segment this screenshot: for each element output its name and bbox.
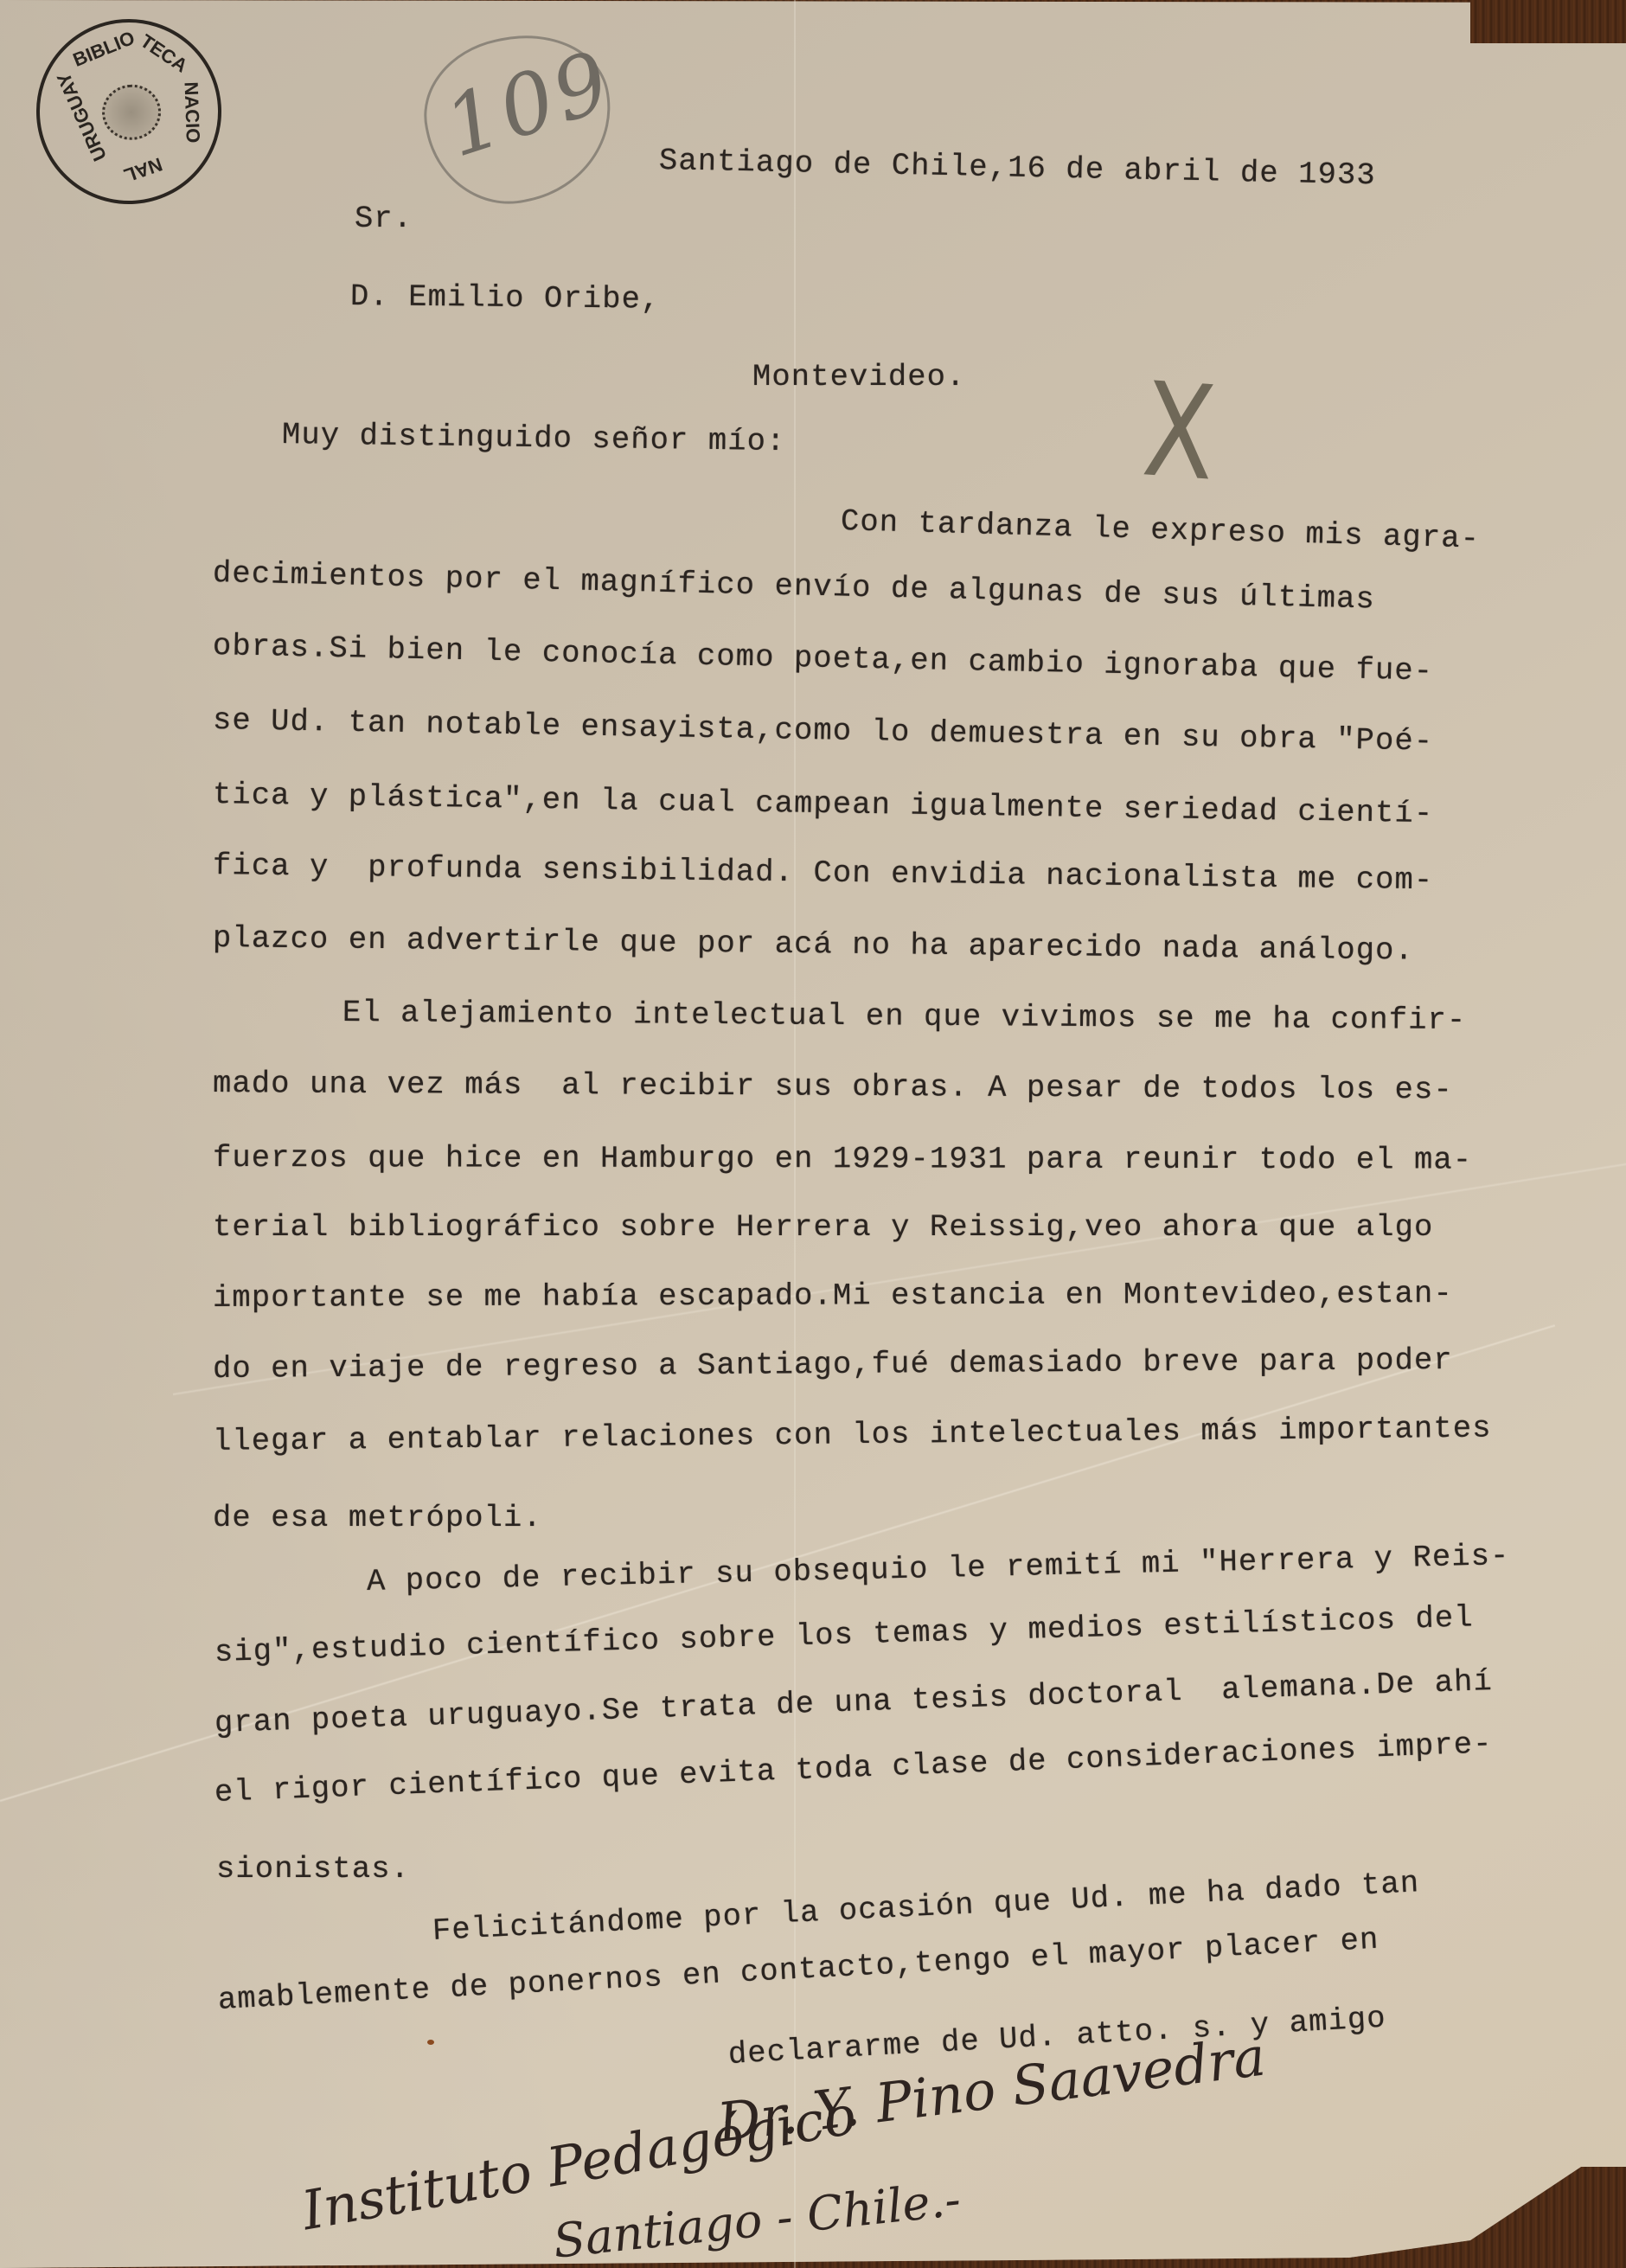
- stamp-top-text-1: BIBLIO: [70, 27, 138, 72]
- body-line: sionistas.: [216, 1851, 410, 1887]
- stamp-top-text-3: NACIO: [179, 81, 203, 144]
- body-line: importante se me había escapado.Mi estan…: [213, 1276, 1453, 1316]
- recipient-name: D. Emilio Oribe,: [350, 279, 661, 317]
- ink-spot: [427, 2040, 434, 2045]
- coat-of-arms-icon: [100, 82, 163, 142]
- body-line: de esa metrópoli.: [213, 1500, 542, 1535]
- body-line: fuerzos que hice en Hamburgo en 1929-193…: [213, 1140, 1472, 1178]
- recipient-city: Montevideo.: [752, 359, 965, 394]
- greeting: Muy distinguido señor mío:: [282, 417, 786, 459]
- body-line: terial bibliográfico sobre Herrera y Rei…: [213, 1209, 1433, 1245]
- stamp-top-text-4: NAL: [121, 152, 165, 186]
- archive-number: 109: [433, 32, 624, 176]
- body-line: mado una vez más al recibir sus obras. A…: [213, 1066, 1453, 1108]
- desk-background: [1470, 0, 1626, 43]
- salutation-prefix: Sr.: [355, 201, 413, 236]
- pencil-x-mark: X: [1139, 365, 1219, 499]
- stamp-top-text-2: TECA: [136, 29, 191, 77]
